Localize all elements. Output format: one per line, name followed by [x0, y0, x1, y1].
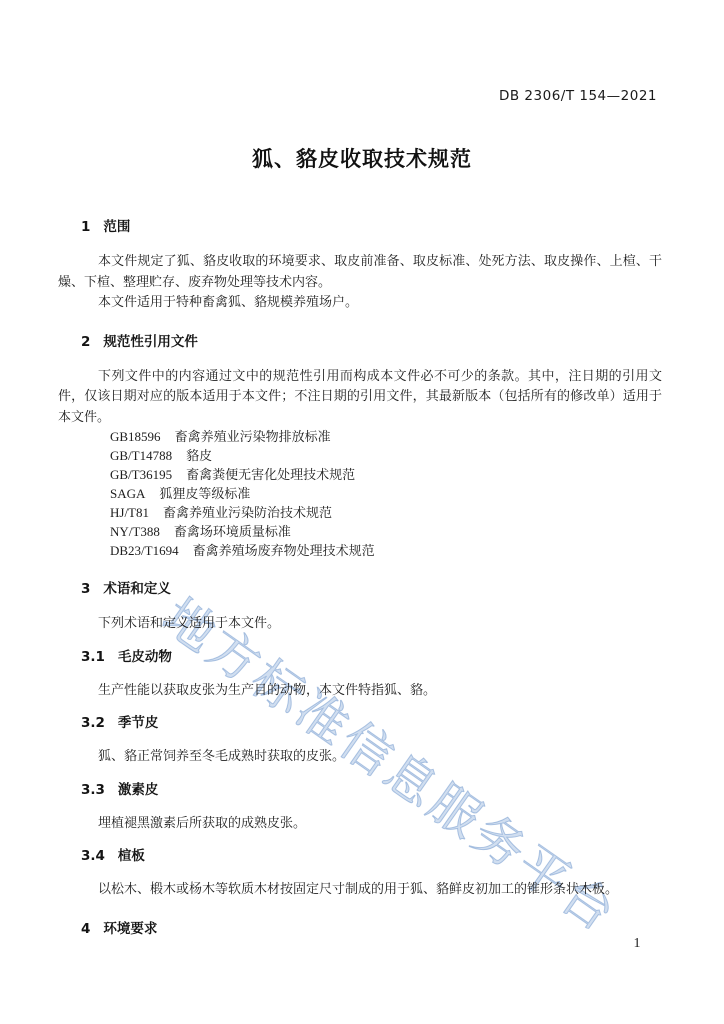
reference-code: NY/T388	[110, 522, 160, 541]
reference-title: 畜禽场环境质量标准	[174, 524, 291, 539]
subclause-heading: 3.4楦板	[81, 847, 662, 865]
reference-title: 畜禽养殖业污染防治技术规范	[163, 505, 332, 520]
reference-item: HJ/T81畜禽养殖业污染防治技术规范	[110, 503, 662, 522]
clause-heading: 3术语和定义	[81, 580, 662, 598]
paragraph: 本文件规定了狐、貉皮收取的环境要求、取皮前准备、取皮标准、处死方法、取皮操作、上…	[58, 251, 662, 292]
clause-title: 术语和定义	[103, 581, 171, 597]
document-page: DB 2306/T 154—2021 狐、貉皮收取技术规范 地方标准信息服务平台…	[0, 0, 724, 1024]
clause-title: 季节皮	[118, 715, 159, 731]
paragraph: 以松木、椴木或杨木等软质木材按固定尺寸制成的用于狐、貉鲜皮初加工的锥形条状木板。	[58, 879, 662, 900]
reference-code: HJ/T81	[110, 503, 149, 522]
clause-heading: 4环境要求	[81, 920, 662, 938]
paragraph: 下列术语和定义适用于本文件。	[58, 613, 662, 634]
clause-number: 1	[81, 218, 90, 236]
clause-title: 环境要求	[103, 921, 157, 937]
paragraph: 埋植褪黑激素后所获取的成熟皮张。	[58, 813, 662, 834]
paragraph: 本文件适用于特种畜禽狐、貉规模养殖场户。	[58, 292, 662, 313]
clause-title: 激素皮	[118, 782, 159, 798]
page-number: 1	[628, 936, 646, 952]
reference-item: SAGA狐狸皮等级标准	[110, 484, 662, 503]
subclause-heading: 3.3激素皮	[81, 781, 662, 799]
reference-code: GB/T14788	[110, 446, 172, 465]
reference-title: 狐狸皮等级标准	[159, 486, 250, 501]
reference-item: GB/T14788貉皮	[110, 446, 662, 465]
clause-heading: 2规范性引用文件	[81, 333, 662, 351]
clause-number: 3.1	[81, 648, 105, 666]
clause-title: 毛皮动物	[118, 649, 172, 665]
clause-title: 楦板	[118, 848, 145, 864]
clause-number: 3.4	[81, 847, 105, 865]
reference-title: 畜禽养殖场废弃物处理技术规范	[193, 543, 375, 558]
reference-code: GB/T36195	[110, 465, 172, 484]
clause-number: 3	[81, 580, 90, 598]
clause-number: 3.2	[81, 714, 105, 732]
standard-number: DB 2306/T 154—2021	[499, 88, 657, 104]
clause-number: 3.3	[81, 781, 105, 799]
reference-code: GB18596	[110, 427, 161, 446]
subclause-heading: 3.2季节皮	[81, 714, 662, 732]
reference-title: 畜禽粪便无害化处理技术规范	[186, 467, 355, 482]
reference-title: 畜禽养殖业污染物排放标准	[175, 429, 331, 444]
subclause-heading: 3.1毛皮动物	[81, 648, 662, 666]
reference-item: DB23/T1694畜禽养殖场废弃物处理技术规范	[110, 541, 662, 560]
paragraph: 狐、貉正常饲养至冬毛成熟时获取的皮张。	[58, 746, 662, 767]
paragraph: 生产性能以获取皮张为生产目的动物，本文件特指狐、貉。	[58, 680, 662, 701]
reference-item: GB/T36195畜禽粪便无害化处理技术规范	[110, 465, 662, 484]
clause-title: 规范性引用文件	[103, 334, 198, 350]
clause-number: 2	[81, 333, 90, 351]
clause-title: 范围	[103, 219, 130, 235]
reference-item: NY/T388畜禽场环境质量标准	[110, 522, 662, 541]
document-title: 狐、貉皮收取技术规范	[0, 143, 724, 173]
reference-item: GB18596畜禽养殖业污染物排放标准	[110, 427, 662, 446]
reference-code: DB23/T1694	[110, 541, 179, 560]
clause-number: 4	[81, 920, 90, 938]
document-body: 1范围本文件规定了狐、貉皮收取的环境要求、取皮前准备、取皮标准、处死方法、取皮操…	[58, 198, 662, 953]
reference-code: SAGA	[110, 484, 145, 503]
paragraph: 下列文件中的内容通过文中的规范性引用而构成本文件必不可少的条款。其中，注日期的引…	[58, 366, 662, 428]
clause-heading: 1范围	[81, 218, 662, 236]
reference-title: 貉皮	[186, 448, 212, 463]
